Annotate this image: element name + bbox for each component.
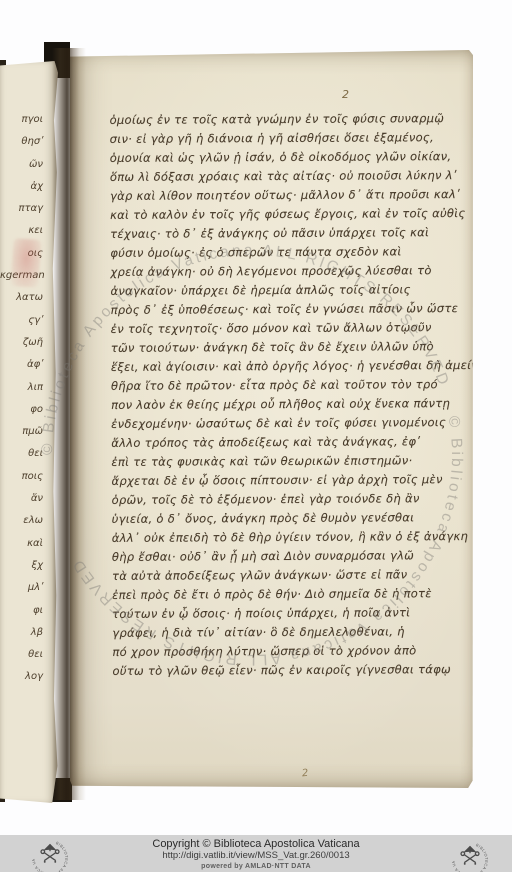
manuscript-text-line: ὑγιεία, ὁ δ᾽ ὄνος, ἀνάγκη πρὸς δὲ θυμὸν … xyxy=(112,508,448,529)
manuscript-text-line: γὰρ καὶ λίθον ποιητέον οὕτως· μᾶλλον δ᾽ … xyxy=(110,185,446,206)
manuscript-text-line: ὅπω λὶ δόξασι χρόαις καὶ τὰς αἰτίας· οὐ … xyxy=(110,166,446,187)
manuscript-text-line: ὁρῶν, τοῖς δὲ τὸ ἑξόμενον· ἐπεὶ γὰρ τοιό… xyxy=(111,489,447,510)
manuscript-text-line: ἀλλ᾽ οὐκ ἐπειδὴ τὸ δὲ θὴρ ὑγίειν τόνον, … xyxy=(112,527,448,548)
margin-fragment: μλʹ xyxy=(0,577,50,599)
manuscript-text-line: ἕξει, καὶ ἁγίοισιν· καὶ ἀπὸ ὀργῆς λόγος·… xyxy=(111,356,447,377)
manuscript-text-line: καὶ τὸ καλὸν ἐν τοῖς γῆς φύσεως ἔργοις, … xyxy=(110,204,446,225)
manuscript-scan-photo: πγοιθησʹῶνἀχπταγκειοιςκgermanλατωϛγʹζωῆἀ… xyxy=(0,40,512,835)
margin-fragment: ἄν xyxy=(0,488,50,510)
margin-fragment: πταγ xyxy=(0,198,50,220)
seal-ring-text: BIBLIOTECA APOSTOLICA VATICANA xyxy=(31,838,68,872)
margin-fragment: φο xyxy=(0,399,50,421)
manuscript-text-line: ἐπεὶ πρὸς δὲ ἔτι ὁ πρὸς δὲ θήν· Διὸ σημε… xyxy=(112,584,448,605)
manuscript-text-line: ἀναγκαῖον· ὑπάρχει δὲ ἠρεμία ἁπλῶς τοῖς … xyxy=(110,280,446,301)
margin-fragment: ξχ xyxy=(0,555,50,577)
footer-url: http://digi.vatlib.it/view/MSS_Vat.gr.26… xyxy=(76,850,436,862)
margin-fragment: θει xyxy=(0,644,50,666)
vatican-library-seal-left-icon: BIBLIOTECA APOSTOLICA VATICANA xyxy=(31,838,69,872)
footer-copyright: Copyright © Biblioteca Apostolica Vatica… xyxy=(76,838,436,850)
footer-bar: Copyright © Biblioteca Apostolica Vatica… xyxy=(0,835,512,872)
manuscript-text-line: πον λαὸν ἐκ θείης μέχρι οὗ πλῆθος καὶ οὐ… xyxy=(111,394,447,415)
seal-ring-text: BIBLIOTECA APOSTOLICA VATICANA xyxy=(451,840,488,872)
footer-text-block: Copyright © Biblioteca Apostolica Vatica… xyxy=(76,838,436,872)
vatican-library-seal-right-icon: BIBLIOTECA APOSTOLICA VATICANA xyxy=(451,840,489,872)
margin-fragment: λογ xyxy=(0,666,50,688)
manuscript-text-line: ὁμονία καὶ ὡς γλῶν ᾑ ἰσάν, ὁ δὲ οἰκοδόμο… xyxy=(110,147,446,168)
margin-fragment: λβ xyxy=(0,622,50,644)
margin-fragment: ἀφʹ xyxy=(0,354,50,376)
margin-fragment: ῶν xyxy=(0,154,50,176)
margin-fragment: θησʹ xyxy=(0,131,50,153)
manuscript-text-line: σιν· εἰ γὰρ γῆ ἡ διάνοια ἡ γῆ αἰσθήσει ὅ… xyxy=(110,128,446,149)
margin-fragment: ζωῆ xyxy=(0,332,50,354)
manuscript-text-line: τέχναις· τὸ δ᾽ ἐξ ἀνάγκης οὐ πᾶσιν ὑπάρχ… xyxy=(110,223,446,244)
manuscript-text-line: θῆρα ἴτο δὲ πρῶτον· εἶτα πρὸς δὲ καὶ τοῦ… xyxy=(111,375,447,396)
manuscript-text-line: πρὸς δ᾽ ἐξ ὑποθέσεως· καὶ τοῖς ἐν γνώσει… xyxy=(111,299,447,320)
manuscript-text-line: ἄρχεται δὲ ἐν ᾧ ὅσοις πίπτουσιν· εἰ γὰρ … xyxy=(111,470,447,491)
margin-fragment: λατω xyxy=(0,287,50,309)
manuscript-text-line: πό χρον προσθήκη λύτην· ὥσπερ οἱ τὸ χρόν… xyxy=(112,641,448,662)
manuscript-text-line: τῶν τοιούτων· ἀνάγκη δὲ τοῖς ἂν δὲ ἔχειν… xyxy=(111,337,447,358)
facing-page-text-fragments: πγοιθησʹῶνἀχπταγκειοιςκgermanλατωϛγʹζωῆἀ… xyxy=(0,109,50,689)
manuscript-text-line: γράφει, ἡ διὰ τίν᾽ αἰτίαν· ὃ δὲ δημελελο… xyxy=(112,622,448,643)
manuscript-text-line: ἐν τοῖς τεχνητοῖς· ὅσο μόνον καὶ τῶν ἄλλ… xyxy=(111,318,447,339)
manuscript-page: 2 ὁμοίως ἐν τε τοῖς κατὰ γνώμην ἐν τοῖς … xyxy=(70,50,473,788)
margin-fragment: φι xyxy=(0,600,50,622)
manuscript-text-line: ἐπὶ τε τὰς φυσικὰς καὶ τῶν θεωρικῶν ἐπισ… xyxy=(111,451,447,472)
manuscript-text-line: τὰ αὐτὰ ἀποδείξεως γλῶν ἀνάγκων· ὥστε εἰ… xyxy=(112,565,448,586)
manuscript-text-block: ὁμοίως ἐν τε τοῖς κατὰ γνώμην ἐν τοῖς φύ… xyxy=(110,109,449,681)
svg-text:BIBLIOTECA APOSTOLICA VATICANA: BIBLIOTECA APOSTOLICA VATICANA xyxy=(31,838,68,872)
margin-fragment: ποις xyxy=(0,466,50,488)
margin-fragment: ϛγʹ xyxy=(0,310,50,332)
facing-page-sliver: πγοιθησʹῶνἀχπταγκειοιςκgermanλατωϛγʹζωῆἀ… xyxy=(0,61,58,803)
footer-powered-by: powered by AMLAD·NTT DATA xyxy=(76,862,436,872)
red-stamp-remnant xyxy=(10,238,41,288)
manuscript-text-line: ἐνδεχομένην· ὡσαύτως δὲ καὶ ἐν τοῖς φύσε… xyxy=(111,413,447,434)
margin-fragment: θει xyxy=(0,443,50,465)
manuscript-text-line: θὴρ ἔσθαι· οὐδ᾽ ἂν ᾖ μὴ σαὶ Διὸν συναρμό… xyxy=(112,546,448,567)
manuscript-text-line: τούτων ἐν ᾧ ὅσοις· ἡ ποίοις ὑπάρχει, ἡ π… xyxy=(112,603,448,624)
svg-text:BIBLIOTECA APOSTOLICA VATICANA: BIBLIOTECA APOSTOLICA VATICANA xyxy=(451,840,488,872)
margin-fragment: λιπ xyxy=(0,377,50,399)
margin-fragment: πμῶ xyxy=(0,421,50,443)
manuscript-text-line: φύσιν ὁμοίως· ἐς ὁ σπερῶν τε πάντα σχεδὸ… xyxy=(110,242,446,263)
manuscript-text-line: ἄλλο τρόπος τὰς ἀποδείξεως καὶ τὰς ἀνάγκ… xyxy=(111,432,447,453)
manuscript-text-line: χρεία ἀνάγκη· οὐ δὴ λεγόμενοι προσεχῶς λ… xyxy=(110,261,446,282)
margin-fragment: ἀχ xyxy=(0,176,50,198)
quire-mark: 2 xyxy=(301,768,308,780)
margin-fragment: ελω xyxy=(0,510,50,532)
folio-number: 2 xyxy=(342,88,349,101)
manuscript-text-line: ὁμοίως ἐν τε τοῖς κατὰ γνώμην ἐν τοῖς φύ… xyxy=(110,109,446,130)
margin-fragment: πγοι xyxy=(0,109,50,131)
margin-fragment: καὶ xyxy=(0,533,50,555)
manuscript-text-line: οὕτω τὸ γλῶν θεῷ εἶεν· πῶς ἐν καιροῖς γί… xyxy=(112,660,448,681)
